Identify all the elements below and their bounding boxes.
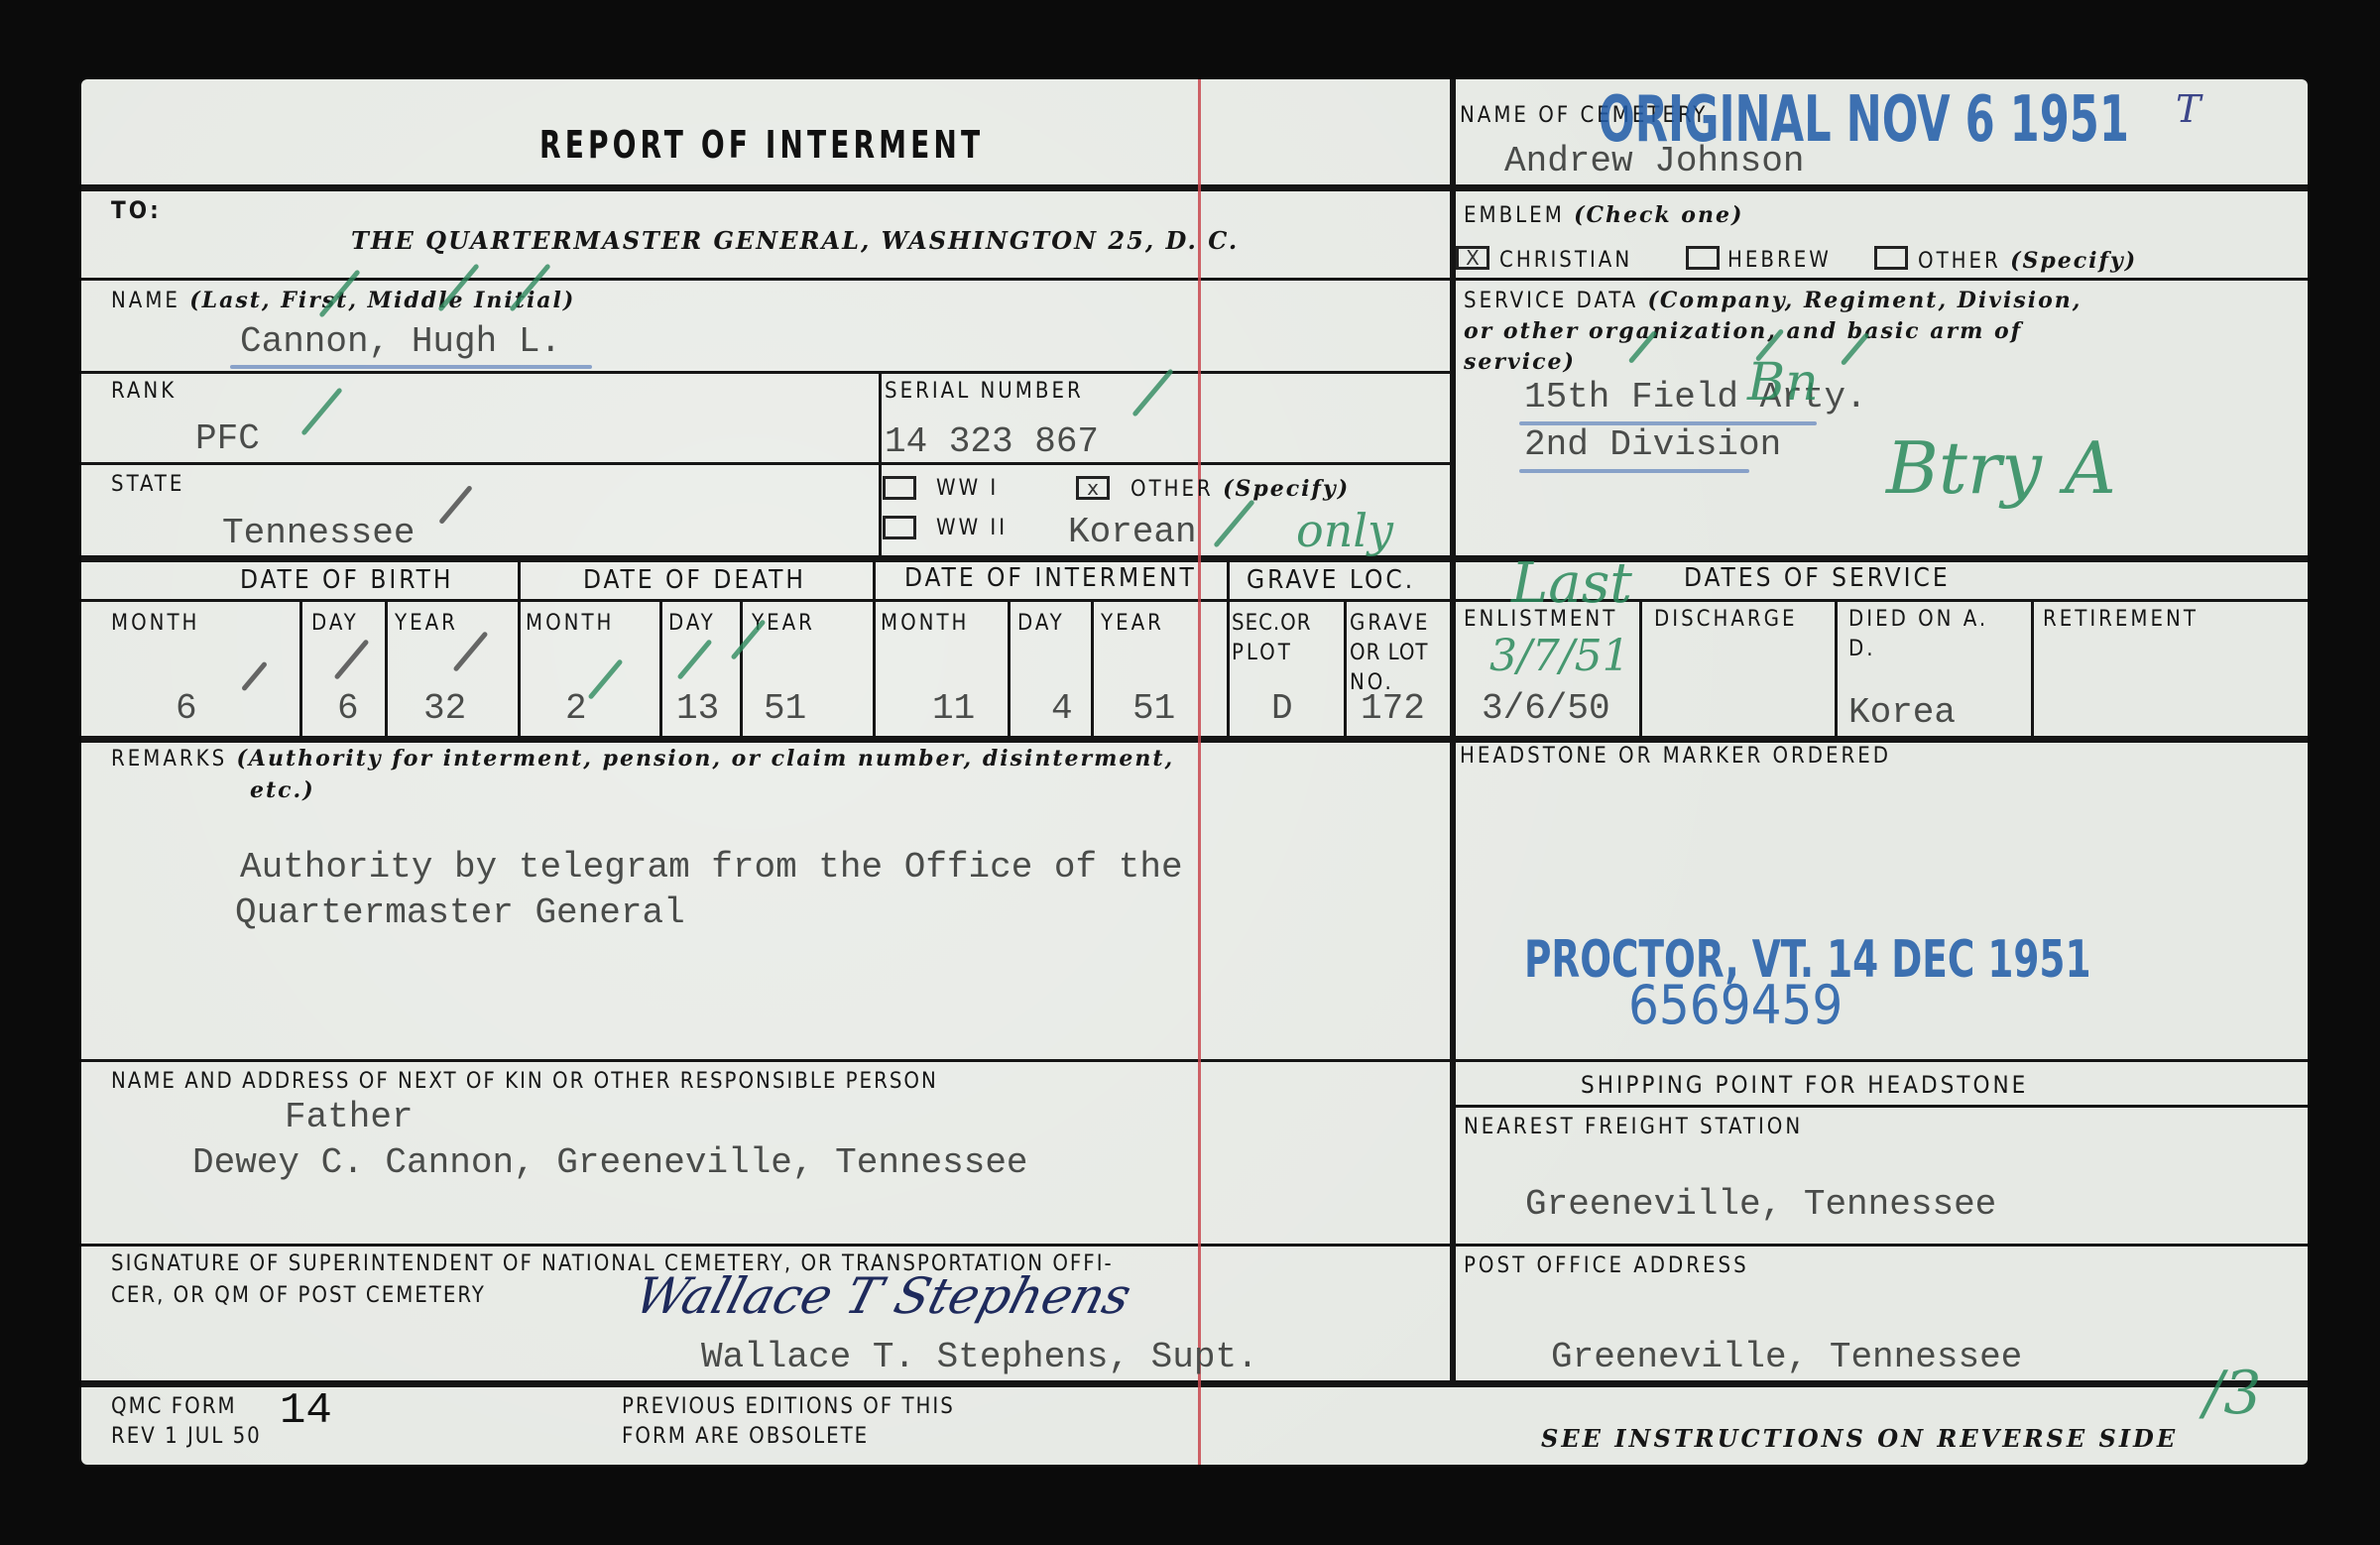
checkmark-icon bbox=[1131, 368, 1173, 416]
divider bbox=[1450, 79, 1456, 1380]
remarks-hint-1: (Authority for interment, pension, or cl… bbox=[236, 746, 1174, 772]
checkmark-icon bbox=[300, 387, 342, 435]
interment-month-label: MONTH bbox=[881, 611, 969, 636]
rank-value[interactable]: PFC bbox=[195, 418, 260, 459]
serial-value[interactable]: 14 323 867 bbox=[885, 421, 1099, 462]
hebrew-checkbox[interactable] bbox=[1686, 246, 1720, 270]
service-hint-3: service) bbox=[1464, 349, 1576, 375]
retirement-label: RETIREMENT bbox=[2043, 607, 2199, 632]
rank-label: RANK bbox=[111, 379, 177, 404]
remarks-label-text: REMARKS bbox=[111, 747, 227, 772]
grave-lot-value[interactable]: 172 bbox=[1361, 688, 1425, 729]
divider bbox=[299, 599, 302, 736]
other-war-label-text: OTHER bbox=[1130, 477, 1214, 502]
divider bbox=[81, 184, 2308, 191]
checkmark-icon bbox=[677, 639, 713, 680]
name-label-text: NAME bbox=[111, 289, 180, 313]
checkmark-icon bbox=[241, 661, 268, 692]
checkmark-icon bbox=[453, 631, 489, 672]
divider bbox=[879, 371, 882, 555]
divider bbox=[740, 599, 743, 736]
remarks-line-2[interactable]: Quartermaster General bbox=[235, 892, 685, 933]
handwritten-signature: Wallace T Stephens bbox=[629, 1267, 1137, 1325]
sec-plot-label-1: SEC.OR bbox=[1232, 611, 1312, 636]
kin-relation-value[interactable]: Father bbox=[285, 1097, 414, 1137]
other-war-label: OTHER (Specify) bbox=[1130, 476, 1350, 502]
remarks-hint-2: etc.) bbox=[250, 777, 315, 803]
divider bbox=[1344, 599, 1347, 736]
birth-year-value[interactable]: 32 bbox=[423, 688, 466, 729]
christian-checkbox[interactable]: X bbox=[1456, 246, 1489, 270]
date-of-death-header: DATE OF DEATH bbox=[583, 565, 806, 595]
emblem-other-text: OTHER bbox=[1918, 249, 2001, 274]
name-value[interactable]: Cannon, Hugh L. bbox=[240, 321, 561, 362]
service-hint-1: (Company, Regiment, Division, bbox=[1648, 288, 2082, 313]
hebrew-label: HEBREW bbox=[1727, 248, 1832, 273]
interment-month-value[interactable]: 11 bbox=[932, 688, 975, 729]
freight-station-value[interactable]: Greeneville, Tennessee bbox=[1525, 1184, 1996, 1225]
death-month-label: MONTH bbox=[526, 611, 614, 636]
grave-loc-header: GRAVE LOC. bbox=[1247, 565, 1415, 595]
divider bbox=[2031, 599, 2034, 736]
ink-enlist-date: 3/7/51 bbox=[1489, 631, 1630, 681]
divider bbox=[873, 555, 876, 736]
to-label: TO: bbox=[111, 196, 162, 224]
form-number-label: QMC FORM bbox=[111, 1394, 237, 1419]
divider bbox=[1227, 555, 1230, 736]
discharge-label: DISCHARGE bbox=[1654, 607, 1798, 632]
service-hint-2: or other organization, and basic arm of bbox=[1464, 318, 2022, 344]
ink-bn: Bn bbox=[1747, 353, 1819, 413]
obsolete-note-1: PREVIOUS EDITIONS OF THIS bbox=[622, 1394, 955, 1419]
checkmark-icon bbox=[588, 658, 624, 700]
divider bbox=[81, 1380, 2308, 1387]
interment-day-label: DAY bbox=[1017, 611, 1065, 636]
name-underline bbox=[230, 365, 592, 369]
service-underline-1 bbox=[1519, 421, 1817, 425]
divider bbox=[81, 599, 2308, 602]
sec-plot-label-2: PLOT bbox=[1232, 641, 1293, 665]
service-hint-2-text: or other organization, and basic arm of bbox=[1464, 318, 2022, 344]
divider bbox=[81, 371, 1450, 374]
ink-btry: Btry A bbox=[1886, 426, 2116, 510]
death-day-label: DAY bbox=[668, 611, 716, 636]
divider bbox=[1450, 278, 2308, 281]
divider bbox=[81, 1059, 2308, 1062]
remarks-hint-2-text: etc.) bbox=[250, 777, 315, 803]
original-date-stamp: ORIGINAL NOV 6 1951 bbox=[1599, 83, 2129, 157]
kin-name-address-value[interactable]: Dewey C. Cannon, Greeneville, Tennessee bbox=[192, 1142, 1028, 1183]
divider bbox=[81, 462, 1450, 465]
died-on-ad-label-2: D. bbox=[1848, 637, 1876, 661]
divider bbox=[81, 555, 2308, 562]
shipping-point-label: SHIPPING POINT FOR HEADSTONE bbox=[1581, 1071, 2028, 1099]
emblem-label: EMBLEM (Check one) bbox=[1464, 202, 1743, 228]
headstone-ordered-label: HEADSTONE OR MARKER ORDERED bbox=[1460, 744, 1891, 769]
state-label: STATE bbox=[111, 472, 184, 497]
divider bbox=[1639, 599, 1642, 736]
service-data-label-text: SERVICE DATA bbox=[1464, 289, 1638, 313]
checkmark-icon bbox=[1213, 499, 1254, 547]
emblem-other-hint: (Specify) bbox=[2010, 248, 2137, 274]
ww1-checkbox[interactable] bbox=[883, 476, 916, 500]
ww1-label: WW I bbox=[936, 476, 999, 501]
ink-corner-mark: T bbox=[2176, 87, 2201, 131]
divider bbox=[81, 736, 2308, 743]
divider bbox=[81, 1244, 2308, 1247]
service-hint-3-text: service) bbox=[1464, 349, 1576, 375]
ww2-label: WW II bbox=[936, 516, 1008, 540]
service-data-label: SERVICE DATA (Company, Regiment, Divisio… bbox=[1464, 288, 2082, 313]
signature-label-2: CER, OR QM OF POST CEMETERY bbox=[111, 1283, 486, 1308]
birth-month-value[interactable]: 6 bbox=[176, 688, 197, 729]
divider bbox=[1835, 599, 1838, 736]
divider bbox=[81, 278, 1450, 281]
death-month-value[interactable]: 2 bbox=[565, 688, 587, 729]
grave-lot-label-2: OR LOT bbox=[1350, 641, 1429, 665]
checkmark-icon bbox=[334, 639, 370, 680]
enlistment-value[interactable]: 3/6/50 bbox=[1482, 688, 1610, 729]
report-of-interment-card: REPORT OF INTERMENT TO: THE QUARTERMASTE… bbox=[81, 79, 2308, 1465]
emblem-other-label: OTHER (Specify) bbox=[1918, 248, 2137, 274]
revision-label: REV 1 JUL 50 bbox=[111, 1424, 262, 1449]
remarks-line-1[interactable]: Authority by telegram from the Office of… bbox=[240, 847, 1183, 888]
other-war-checkbox[interactable]: x bbox=[1076, 476, 1110, 500]
died-on-ad-value[interactable]: Korea bbox=[1848, 692, 1956, 733]
checkmark-icon bbox=[731, 619, 767, 660]
emblem-hint: (Check one) bbox=[1574, 202, 1743, 228]
war-other-value[interactable]: Korean bbox=[1068, 512, 1197, 552]
date-of-interment-header: DATE OF INTERMENT bbox=[904, 563, 1197, 593]
divider bbox=[659, 599, 662, 736]
ink-bottom-mark: /3 bbox=[2203, 1359, 2261, 1428]
interment-day-value[interactable]: 4 bbox=[1051, 688, 1073, 729]
divider bbox=[518, 555, 521, 736]
remarks-label: REMARKS (Authority for interment, pensio… bbox=[111, 746, 1174, 772]
service-underline-2 bbox=[1519, 469, 1749, 473]
state-value[interactable]: Tennessee bbox=[222, 513, 415, 553]
obsolete-note-2: FORM ARE OBSOLETE bbox=[622, 1424, 869, 1449]
emblem-label-text: EMBLEM bbox=[1464, 203, 1565, 228]
emblem-other-checkbox[interactable] bbox=[1874, 246, 1908, 270]
to-value: THE QUARTERMASTER GENERAL, WASHINGTON 25… bbox=[351, 226, 1239, 255]
ink-only: only bbox=[1296, 504, 1393, 557]
service-line-2[interactable]: 2nd Division bbox=[1524, 424, 1781, 465]
headstone-stamp-line-2: 6569459 bbox=[1628, 974, 1843, 1036]
death-year-value[interactable]: 51 bbox=[764, 688, 806, 729]
freight-station-label: NEAREST FREIGHT STATION bbox=[1464, 1115, 1803, 1139]
birth-year-label: YEAR bbox=[395, 611, 458, 636]
divider bbox=[1450, 1105, 2308, 1108]
birth-day-value[interactable]: 6 bbox=[337, 688, 359, 729]
date-of-birth-header: DATE OF BIRTH bbox=[240, 565, 454, 595]
post-office-value[interactable]: Greeneville, Tennessee bbox=[1551, 1337, 2022, 1377]
next-of-kin-label: NAME AND ADDRESS OF NEXT OF KIN OR OTHER… bbox=[111, 1069, 938, 1094]
christian-label: CHRISTIAN bbox=[1499, 248, 1632, 273]
divider bbox=[1008, 599, 1011, 736]
divider bbox=[1091, 599, 1094, 736]
checkmark-icon bbox=[438, 485, 473, 525]
divider bbox=[385, 599, 388, 736]
grave-lot-label-1: GRAVE bbox=[1350, 611, 1430, 636]
died-on-ad-label-1: DIED ON A. bbox=[1848, 607, 1988, 632]
ww2-checkbox[interactable] bbox=[883, 516, 916, 539]
form-number-value: 14 bbox=[280, 1386, 332, 1436]
sec-plot-value[interactable]: D bbox=[1271, 688, 1293, 729]
signature-typed-value[interactable]: Wallace T. Stephens, Supt. bbox=[701, 1337, 1258, 1377]
other-war-hint: (Specify) bbox=[1223, 476, 1350, 502]
interment-year-value[interactable]: 51 bbox=[1132, 688, 1175, 729]
ink-last: Last bbox=[1511, 551, 1632, 616]
dates-of-service-header: DATES OF SERVICE bbox=[1684, 563, 1951, 593]
red-margin-line bbox=[1198, 79, 1201, 1465]
birth-day-label: DAY bbox=[311, 611, 359, 636]
post-office-label: POST OFFICE ADDRESS bbox=[1464, 1253, 1749, 1278]
reverse-side-note: SEE INSTRUCTIONS ON REVERSE SIDE bbox=[1541, 1424, 2178, 1453]
serial-label: SERIAL NUMBER bbox=[885, 379, 1084, 404]
interment-year-label: YEAR bbox=[1101, 611, 1164, 636]
birth-month-label: MONTH bbox=[111, 611, 199, 636]
form-title: REPORT OF INTERMENT bbox=[539, 123, 984, 167]
death-day-value[interactable]: 13 bbox=[676, 688, 719, 729]
